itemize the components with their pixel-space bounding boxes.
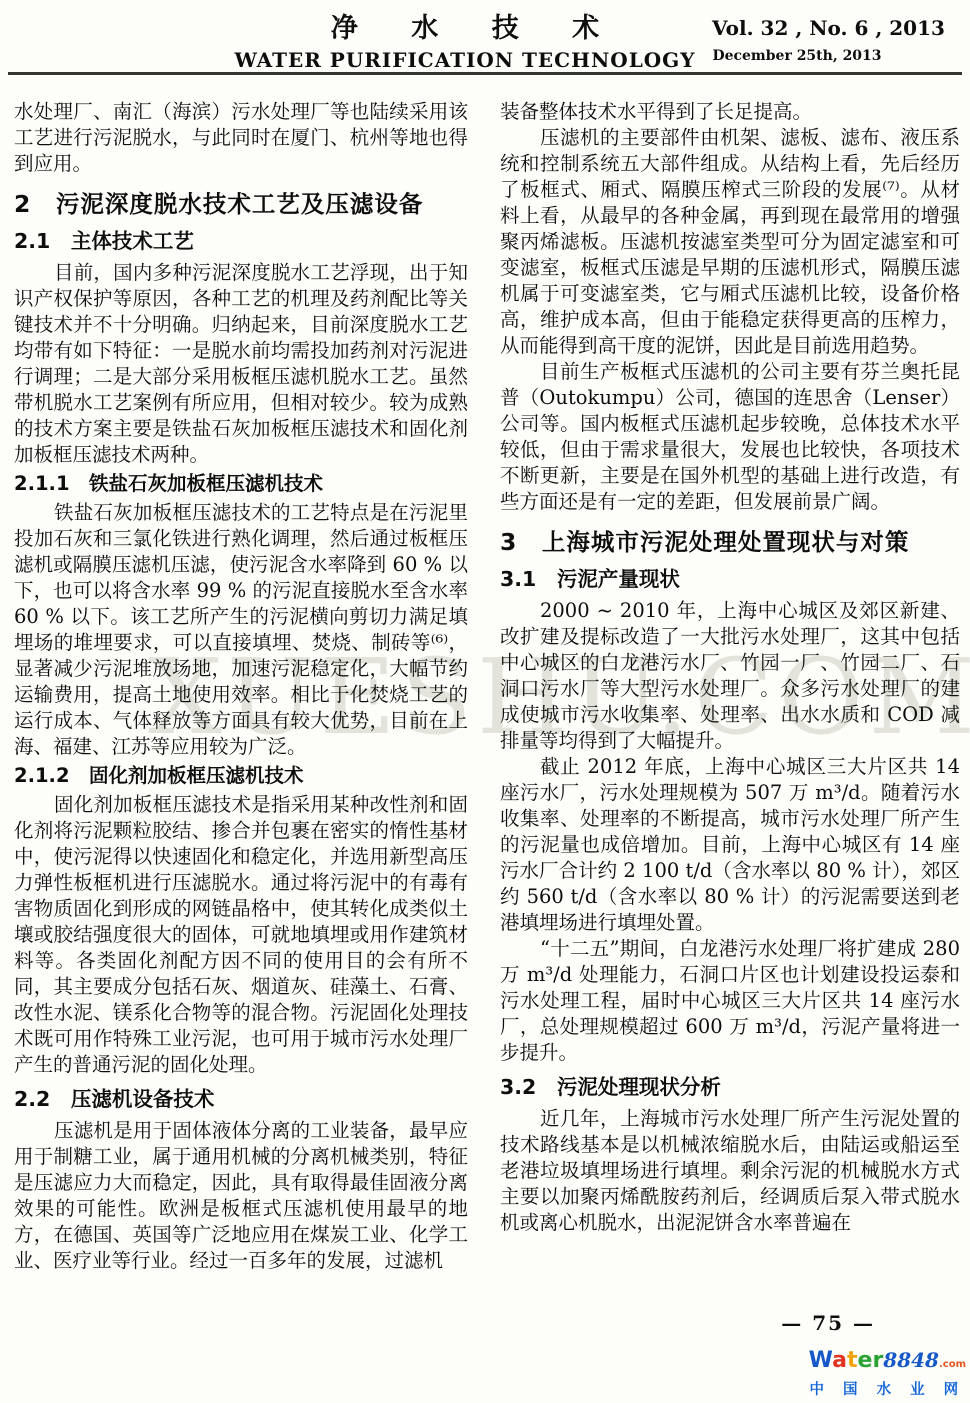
section-heading: 2 污泥深度脱水技术工艺及压滤设备: [14, 189, 468, 219]
subsection-heading: 3.1 污泥产量现状: [500, 566, 960, 593]
page-number: — 75 —: [781, 1311, 875, 1335]
paragraph: 压滤机的主要部件由机架、滤板、滤布、液压系统和控制系统五大部件组成。从结构上看，…: [500, 125, 960, 359]
logo-letter: W: [809, 1348, 832, 1373]
logo-water8848-wordmark: Water8848.com: [809, 1349, 966, 1376]
paragraph: 近几年，上海城市污水处理厂所产生污泥处置的技术路线基本是以机械浓缩脱水后，由陆运…: [500, 1106, 960, 1236]
journal-issue-info: Vol. 32 , No. 6 , 2013 December 25th, 20…: [712, 16, 882, 65]
column-left: 水处理厂、南汇（海滨）污水处理厂等也陆续采用该工艺进行污泥脱水，与此同时在厦门、…: [14, 99, 468, 1274]
paragraph: 装备整体技术水平得到了长足提高。: [500, 99, 960, 125]
subsubsection-heading: 2.1.1 铁盐石灰加板框压滤机技术: [14, 471, 468, 497]
paragraph: 固化剂加板框压滤技术是指采用某种改性剂和固化剂将污泥颗粒胶结、掺合并包裹在密实的…: [14, 792, 468, 1078]
paragraph: 目前，国内多种污泥深度脱水工艺浮现，出于知识产权保护等原因，各种工艺的机理及药剂…: [14, 260, 468, 468]
logo-letter: e: [858, 1348, 873, 1373]
journal-title-cn: 净 水 技 术: [140, 14, 790, 44]
logo-letter: a: [832, 1348, 847, 1373]
paragraph: 截止 2012 年底，上海中心城区三大片区共 14 座污水厂，污水处理规模为 5…: [500, 754, 960, 936]
subsubsection-heading: 2.1.2 固化剂加板框压滤机技术: [14, 763, 468, 789]
logo-letter: r: [872, 1348, 883, 1373]
journal-date: December 25th, 2013: [712, 47, 882, 65]
logo-letter: 8848: [883, 1348, 939, 1372]
paragraph: 水处理厂、南汇（海滨）污水处理厂等也陆续采用该工艺进行污泥脱水，与此同时在厦门、…: [14, 99, 468, 177]
journal-title-en: WATER PURIFICATION TECHNOLOGY: [140, 47, 790, 73]
paragraph: “十二五”期间，白龙港污水处理厂将扩建成 280 万 m³/d 处理能力，石洞口…: [500, 936, 960, 1066]
logo-letter: t: [847, 1348, 858, 1373]
column-right: 装备整体技术水平得到了长足提高。压滤机的主要部件由机架、滤板、滤布、液压系统和控…: [500, 99, 960, 1236]
paragraph: 铁盐石灰加板框压滤技术的工艺特点是在污泥里投加石灰和三氯化铁进行熟化调理，然后通…: [14, 500, 468, 760]
journal-volume: Vol. 32 , No. 6 , 2013: [712, 16, 882, 40]
journal-header: 净 水 技 术 WATER PURIFICATION TECHNOLOGY: [140, 14, 790, 73]
header-rule: [8, 72, 962, 75]
subsection-heading: 2.1 主体技术工艺: [14, 228, 468, 255]
subsection-heading: 2.2 压滤机设备技术: [14, 1086, 468, 1113]
section-heading: 3 上海城市污泥处理处置现状与对策: [500, 527, 960, 557]
paragraph: 压滤机是用于固体液体分离的工业装备，最早应用于制糖工业，属于通用机械的分离机械类…: [14, 1118, 468, 1274]
journal-page: XUESHU.COM 净 水 技 术 WATER PURIFICATION TE…: [0, 0, 970, 1403]
logo-cn-name: 中 国 水 业 网: [809, 1378, 966, 1399]
water8848-logo: Water8848.com 中 国 水 业 网: [809, 1349, 966, 1399]
paragraph: 目前生产板框式压滤机的公司主要有芬兰奥托昆普（Outokumpu）公司，德国的连…: [500, 359, 960, 515]
logo-letter: .com: [939, 1359, 966, 1370]
subsection-heading: 3.2 污泥处理现状分析: [500, 1074, 960, 1101]
paragraph: 2000 ~ 2010 年，上海中心城区及郊区新建、改扩建及提标改造了一大批污水…: [500, 598, 960, 754]
